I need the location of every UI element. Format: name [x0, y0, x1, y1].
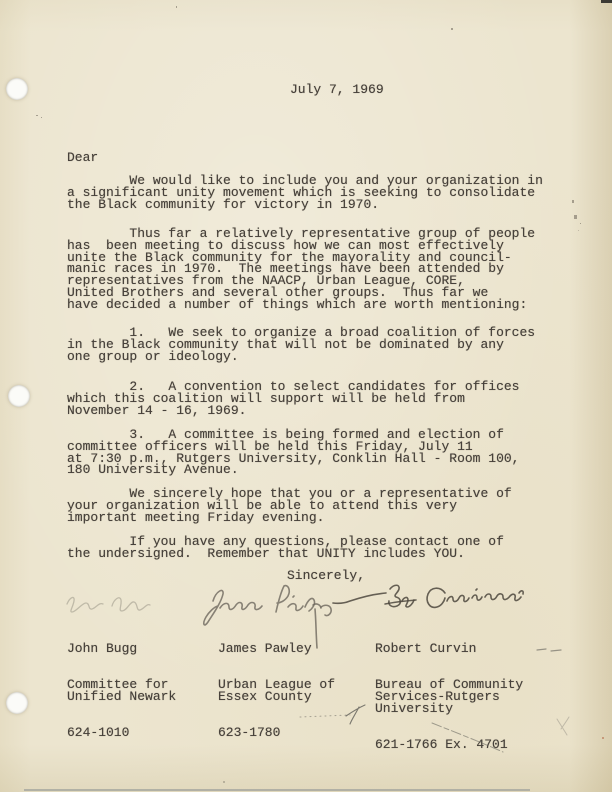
signer-name: James Pawley — [218, 643, 335, 655]
scanner-edge-dash-top-right — [601, 0, 612, 3]
scan-speck — [572, 200, 574, 203]
letter-date: July 7, 1969 — [290, 84, 384, 96]
punch-hole-middle — [8, 385, 30, 407]
list-item-1: 1. We seek to organize a broad coalition… — [67, 327, 535, 362]
scan-speck — [176, 6, 177, 8]
pencil-margin-dashes — [537, 649, 561, 651]
letter-page: July 7, 1969 Dear We would like to inclu… — [0, 0, 612, 792]
scan-speck-red — [602, 737, 604, 739]
scan-speck — [578, 230, 579, 231]
punch-hole-bottom — [6, 692, 28, 714]
punch-hole-top — [6, 78, 28, 100]
paragraph-intro: We would like to include you and your or… — [67, 175, 543, 210]
signer-phone: 624-1010 — [67, 727, 176, 739]
closing: Sincerely, — [287, 570, 365, 582]
pencil-check-mark — [346, 705, 365, 724]
signer-phone: 623-1780 — [218, 727, 335, 739]
signer-org: Bureau of Community Services-Rutgers Uni… — [375, 679, 523, 715]
scan-speck — [36, 115, 38, 116]
signer-block-robert-curvin: Robert Curvin Bureau of Community Servic… — [375, 619, 523, 775]
signer-block-john-bugg: John Bugg Committee for Unified Newark 6… — [67, 619, 176, 763]
paragraph-contact: If you have any questions, please contac… — [67, 536, 504, 560]
signer-phone: 621-1766 Ex. 4701 — [375, 739, 523, 751]
paragraph-hope: We sincerely hope that you or a represen… — [67, 488, 512, 523]
signer-name: Robert Curvin — [375, 643, 523, 655]
scan-speck — [580, 223, 581, 224]
signer-org: Urban League of Essex County — [218, 679, 335, 703]
scan-speck — [41, 117, 42, 118]
scan-speck — [451, 28, 453, 30]
scan-speck — [223, 781, 225, 783]
signature-john-bugg — [67, 597, 150, 612]
signer-org: Committee for Unified Newark — [67, 679, 176, 703]
pencil-x-mark — [557, 717, 569, 735]
salutation: Dear — [67, 152, 98, 164]
list-item-2: 2. A convention to select candidates for… — [67, 381, 519, 416]
scanner-edge-line-bottom — [24, 789, 530, 791]
signer-block-james-pawley: James Pawley Urban League of Essex Count… — [218, 619, 335, 763]
scan-speck — [574, 215, 577, 219]
list-item-3: 3. A committee is being formed and elect… — [67, 429, 519, 476]
signer-name: John Bugg — [67, 643, 176, 655]
paragraph-meetings: Thus far a relatively representative gro… — [67, 228, 535, 311]
signature-bob-curvin — [333, 585, 523, 607]
